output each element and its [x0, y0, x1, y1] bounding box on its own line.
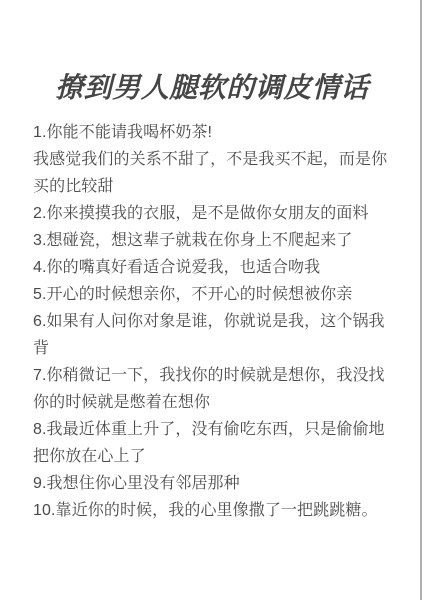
quote-line: 9.我想住你心里没有邻居那种	[33, 470, 391, 497]
quote-line: 3.想碰瓷，想这辈子就栽在你身上不爬起来了	[33, 227, 391, 254]
quote-line: 1.你能不能请我喝杯奶茶!	[33, 119, 391, 146]
quote-list: 1.你能不能请我喝杯奶茶! 我感觉我们的关系不甜了，不是我买不起，而是你买的比较…	[33, 119, 391, 524]
quote-line: 4.你的嘴真好看适合说爱我，也适合吻我	[33, 254, 391, 281]
page-title: 撩到男人腿软的调皮情话	[0, 72, 424, 104]
quote-line: 5.开心的时候想亲你，不开心的时候想被你亲	[33, 281, 391, 308]
quote-line: 2.你来摸摸我的衣服，是不是做你女朋友的面料	[33, 200, 391, 227]
quote-line: 6.如果有人问你对象是谁，你就说是我，这个锅我背	[33, 308, 391, 362]
right-edge-divider	[420, 0, 422, 600]
quote-line: 7.你稍微记一下，我找你的时候就是想你，我没找你的时候就是憋着在想你	[33, 362, 391, 416]
quote-line: 我感觉我们的关系不甜了，不是我买不起，而是你买的比较甜	[33, 146, 391, 200]
quote-line: 8.我最近体重上升了，没有偷吃东西，只是偷偷地把你放在心上了	[33, 416, 391, 470]
quote-line: 10.靠近你的时候，我的心里像撒了一把跳跳糖。	[33, 497, 391, 524]
quote-card-page: 撩到男人腿软的调皮情话 1.你能不能请我喝杯奶茶! 我感觉我们的关系不甜了，不是…	[0, 0, 424, 600]
